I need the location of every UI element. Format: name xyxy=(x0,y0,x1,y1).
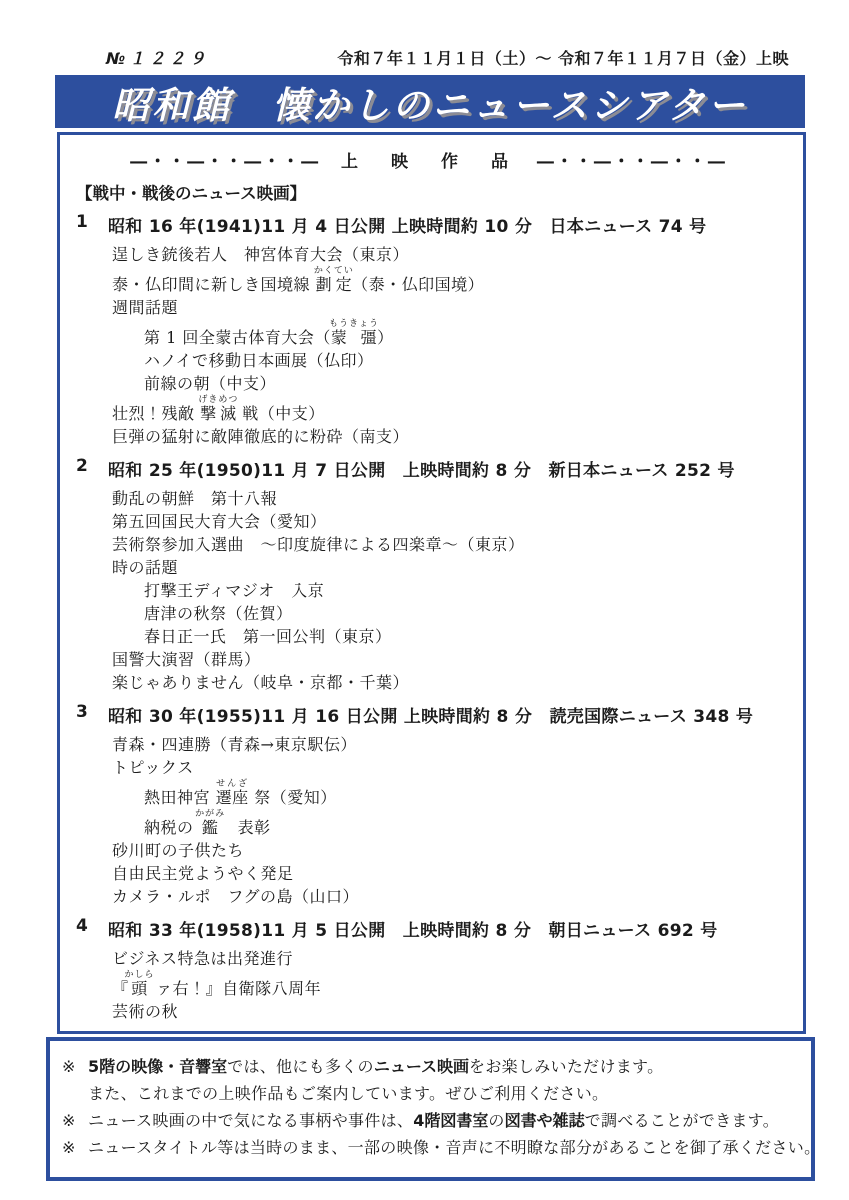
screening-period: 令和７年１１月１日（土）～ 令和７年１１月７日（金）上映 xyxy=(337,46,789,69)
section-heading: 3昭和 30 年(1955)11 月 16 日公開 上映時間約 8 分 読売国際… xyxy=(60,702,797,727)
film-sections: 1昭和 16 年(1941)11 月 4 日公開 上映時間約 10 分 日本ニュ… xyxy=(60,212,797,1023)
film-item: 青森・四連勝（青森→東京駅伝） xyxy=(60,733,797,756)
section-title: 昭和 16 年(1941)11 月 4 日公開 上映時間約 10 分 日本ニュー… xyxy=(108,212,706,237)
section-number: 2 xyxy=(76,456,108,481)
film-item: 『頭かしら ァ右！』自衛隊八周年 xyxy=(60,970,797,1000)
section-title: 昭和 30 年(1955)11 月 16 日公開 上映時間約 8 分 読売国際ニ… xyxy=(108,702,753,727)
banner-title: 昭和館 懐かしのニュースシアター xyxy=(112,75,748,129)
note-marker xyxy=(62,1080,88,1107)
film-section: 1昭和 16 年(1941)11 月 4 日公開 上映時間約 10 分 日本ニュ… xyxy=(60,212,797,448)
notes-list: ※5階の映像・音響室では、他にも多くのニュース映画をお楽しみいただけます。また、… xyxy=(62,1053,801,1161)
section-title: 昭和 33 年(1958)11 月 5 日公開 上映時間約 8 分 朝日ニュース… xyxy=(108,916,718,941)
note-line: ※ニュースタイトル等は当時のまま、一部の映像・音声に不明瞭な部分があることを御了… xyxy=(62,1134,801,1161)
film-item: 芸術祭参加入選曲 ～印度旋律による四楽章～（東京） xyxy=(60,533,797,556)
program-title: 上 映 作 品 xyxy=(341,152,516,172)
note-line: ※5階の映像・音響室では、他にも多くのニュース映画をお楽しみいただけます。 xyxy=(62,1053,801,1080)
section-heading: 1昭和 16 年(1941)11 月 4 日公開 上映時間約 10 分 日本ニュ… xyxy=(60,212,797,237)
film-item: 打撃王ディマジオ 入京 xyxy=(60,579,797,602)
film-item: 唐津の秋祭（佐賀） xyxy=(60,602,797,625)
film-item: 熱田神宮 遷座せんざ 祭（愛知） xyxy=(60,779,797,809)
note-marker: ※ xyxy=(62,1107,88,1134)
film-item: 第 1 回全蒙古体育大会（蒙 彊もうきょう） xyxy=(60,319,797,349)
film-item: トピックス xyxy=(60,756,797,779)
note-line: また、これまでの上映作品もご案内しています。ぜひご利用ください。 xyxy=(62,1080,801,1107)
film-section: 4昭和 33 年(1958)11 月 5 日公開 上映時間約 8 分 朝日ニュー… xyxy=(60,916,797,1023)
issue-number: №１２２９ xyxy=(106,46,209,69)
section-heading: 4昭和 33 年(1958)11 月 5 日公開 上映時間約 8 分 朝日ニュー… xyxy=(60,916,797,941)
film-item: 時の話題 xyxy=(60,556,797,579)
film-item: ハノイで移動日本画展（仏印） xyxy=(60,349,797,372)
note-marker: ※ xyxy=(62,1053,88,1080)
note-text: ニュースタイトル等は当時のまま、一部の映像・音声に不明瞭な部分があることを御了承… xyxy=(88,1134,820,1161)
category-title: 【戦中・戦後のニュース映画】 xyxy=(60,180,797,204)
section-number: 3 xyxy=(76,702,108,727)
film-item: 春日正一氏 第一回公判（東京） xyxy=(60,625,797,648)
film-item: 自由民主党ようやく発足 xyxy=(60,862,797,885)
film-item: 泰・仏印間に新しき国境線 劃定かくてい（泰・仏印国境） xyxy=(60,266,797,296)
program-box: ―・・―・・―・・― 上 映 作 品 ―・・―・・―・・― 【戦中・戦後のニュー… xyxy=(57,132,806,1034)
film-item: 巨弾の猛射に敵陣徹底的に粉砕（南支） xyxy=(60,425,797,448)
film-item: 週間話題 xyxy=(60,296,797,319)
film-item: 壮烈！残敵 撃滅げきめつ 戦（中支） xyxy=(60,395,797,425)
title-banner: 昭和館 懐かしのニュースシアター xyxy=(55,75,805,128)
note-marker: ※ xyxy=(62,1134,88,1161)
film-item: ビジネス特急は出発進行 xyxy=(60,947,797,970)
film-item: 動乱の朝鮮 第十八報 xyxy=(60,487,797,510)
film-section: 2昭和 25 年(1950)11 月 7 日公開 上映時間約 8 分 新日本ニュ… xyxy=(60,456,797,694)
film-item: 逞しき銃後若人 神宮体育大会（東京） xyxy=(60,243,797,266)
note-line: ※ニュース映画の中で気になる事柄や事件は、4階図書室の図書や雑誌で調べることがで… xyxy=(62,1107,801,1134)
film-item: 砂川町の子供たち xyxy=(60,839,797,862)
note-text: ニュース映画の中で気になる事柄や事件は、4階図書室の図書や雑誌で調べることができ… xyxy=(88,1107,779,1134)
film-item: 前線の朝（中支） xyxy=(60,372,797,395)
film-item: 第五回国民大育大会（愛知） xyxy=(60,510,797,533)
film-item: 楽じゃありません（岐阜・京都・千葉） xyxy=(60,671,797,694)
top-header: №１２２９ 令和７年１１月１日（土）～ 令和７年１１月７日（金）上映 xyxy=(0,0,849,75)
flyer-page: №１２２９ 令和７年１１月１日（土）～ 令和７年１１月７日（金）上映 昭和館 懐… xyxy=(0,0,849,1200)
film-item: 納税の 鑑かがみ 表彰 xyxy=(60,809,797,839)
section-number: 1 xyxy=(76,212,108,237)
section-title: 昭和 25 年(1950)11 月 7 日公開 上映時間約 8 分 新日本ニュー… xyxy=(108,456,735,481)
ornament-right: ―・・―・・―・・― xyxy=(537,152,727,172)
note-text: 5階の映像・音響室では、他にも多くのニュース映画をお楽しみいただけます。 xyxy=(88,1053,663,1080)
film-item: 国警大演習（群馬） xyxy=(60,648,797,671)
notes-box: ※5階の映像・音響室では、他にも多くのニュース映画をお楽しみいただけます。また、… xyxy=(46,1037,815,1181)
section-number: 4 xyxy=(76,916,108,941)
program-title-row: ―・・―・・―・・― 上 映 作 品 ―・・―・・―・・― xyxy=(60,147,797,172)
film-item: 芸術の秋 xyxy=(60,1000,797,1023)
film-item: カメラ・ルポ フグの島（山口） xyxy=(60,885,797,908)
note-text: また、これまでの上映作品もご案内しています。ぜひご利用ください。 xyxy=(88,1080,608,1107)
film-section: 3昭和 30 年(1955)11 月 16 日公開 上映時間約 8 分 読売国際… xyxy=(60,702,797,908)
ornament-left: ―・・―・・―・・― xyxy=(130,152,320,172)
section-heading: 2昭和 25 年(1950)11 月 7 日公開 上映時間約 8 分 新日本ニュ… xyxy=(60,456,797,481)
